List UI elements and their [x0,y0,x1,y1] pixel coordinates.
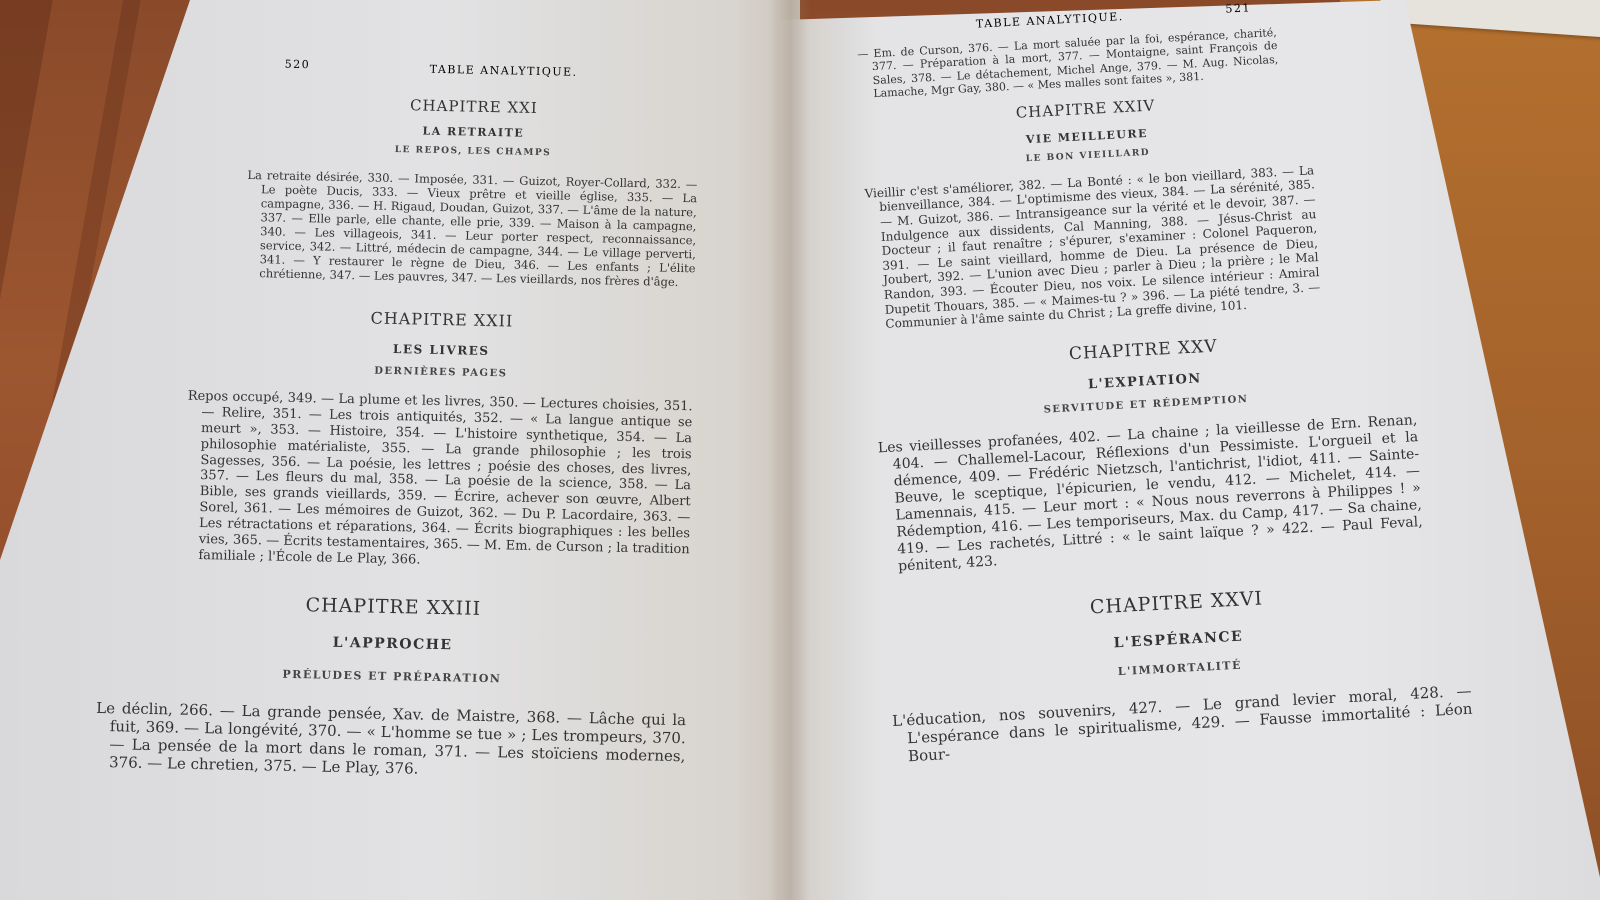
page-number: 520 [285,58,311,72]
right-running-head: TABLE ANALYTIQUE. 521 [855,0,1435,34]
chapter-heading: CHAPITRE XXII [189,305,694,335]
chapter-summary: Repos occupé, 349. — La plume et les liv… [184,389,693,574]
chapter-title: LES LIVRES [189,338,694,363]
continuation-text: — Em. de Curson, 376. — La mort saluée p… [857,26,1279,102]
chapter-block: CHAPITRE XXIII L'APPROCHE PRÉLUDES ET PR… [95,589,689,784]
chapter-subtitle: DERNIÈRES PAGES [188,362,693,384]
continuation-block: — Em. de Curson, 376. — La mort saluée p… [857,26,1279,102]
left-page-content: 520 TABLE ANALYTIQUE. CHAPITRE XXI LA RE… [95,50,710,784]
chapter-subtitle: PRÉLUDES ET PRÉPARATION [97,663,687,688]
chapter-title: LA RETRAITE [248,121,698,143]
chapter-heading: CHAPITRE XXI [249,93,699,120]
open-book: 520 TABLE ANALYTIQUE. CHAPITRE XXI LA RE… [0,0,1600,900]
chapter-summary: Vieillir c'est s'améliorer, 382. — La Bo… [864,163,1321,333]
right-page-content: TABLE ANALYTIQUE. 521 — Em. de Curson, 3… [855,0,1474,766]
chapter-heading: CHAPITRE XXIII [98,589,688,623]
chapter-block: CHAPITRE XXIV VIE MEILLEURE LE BON VIEIL… [860,88,1321,332]
chapter-summary: Le déclin, 266. — La grande pensée, Xav.… [95,698,686,784]
running-head-title: TABLE ANALYTIQUE. [430,63,578,79]
running-head-title: TABLE ANALYTIQUE. [976,10,1124,31]
chapter-title: L'APPROCHE [98,629,688,657]
page-number: 521 [1225,1,1251,15]
chapter-summary: La retraite désirée, 330. — Imposée, 331… [245,168,697,290]
chapter-block: CHAPITRE XXI LA RETRAITE LE REPOS, LES C… [245,93,699,290]
chapter-block: CHAPITRE XXII LES LIVRES DERNIÈRES PAGES… [184,305,694,574]
book-gutter [770,0,810,900]
chapter-summary: Les vieillesses profanées, 402. — La cha… [878,412,1424,577]
chapter-subtitle: LE REPOS, LES CHAMPS [248,142,698,161]
chapter-block: CHAPITRE XXV L'EXPIATION SERVITUDE ET RÉ… [873,326,1424,577]
chapter-block: CHAPITRE XXVI L'ESPÉRANCE L'IMMORTALITÉ … [886,576,1474,766]
